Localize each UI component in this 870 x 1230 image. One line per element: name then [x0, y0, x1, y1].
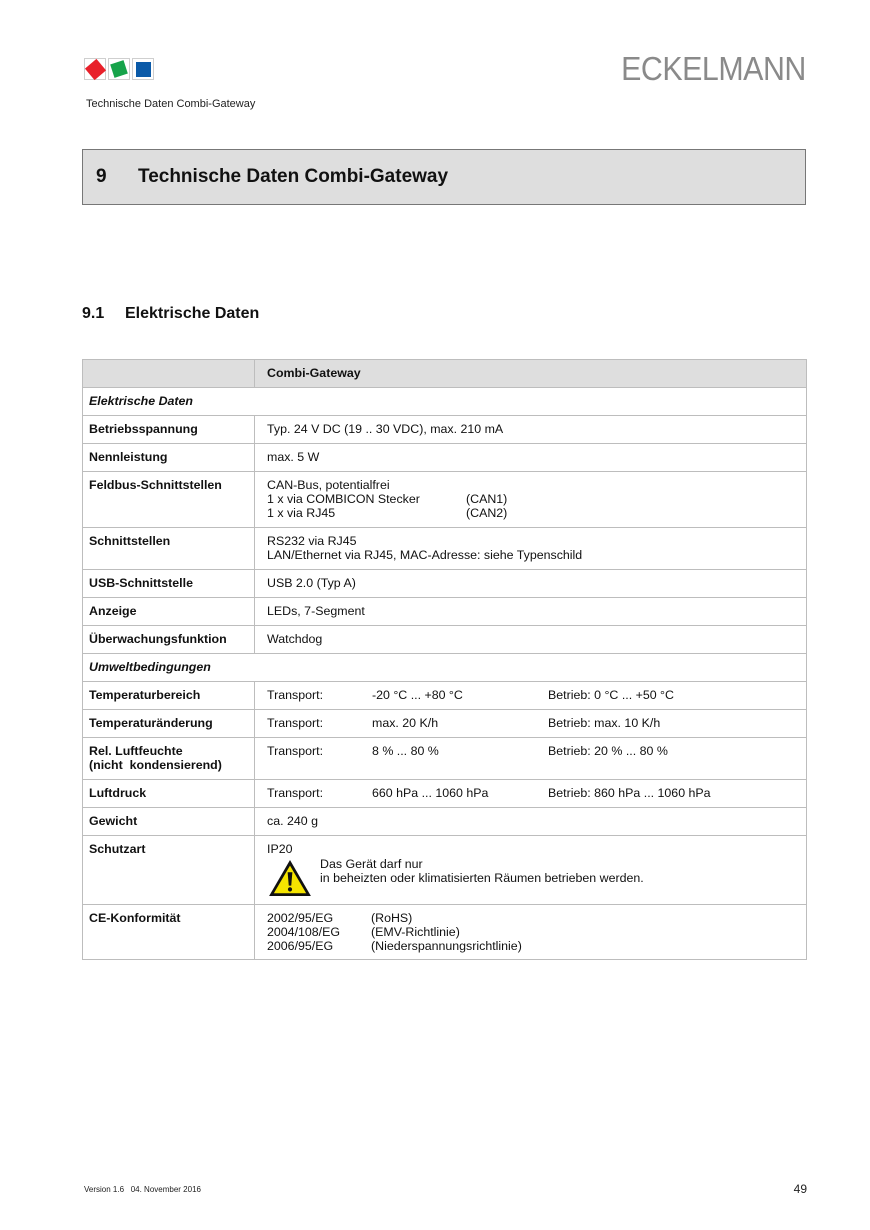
chapter-number: 9 — [96, 166, 138, 188]
directive-line: 2004/108/EG(EMV-Richtlinie) — [267, 925, 794, 939]
row-value: USB 2.0 (Typ A) — [255, 570, 807, 598]
page-number: 49 — [794, 1182, 807, 1196]
directive-line: 2002/95/EG(RoHS) — [267, 911, 794, 925]
transport-label: Transport: — [267, 688, 372, 702]
directive-desc: (EMV-Richtlinie) — [371, 925, 460, 939]
operation-value: Betrieb: 860 hPa ... 1060 hPa — [548, 786, 711, 800]
table-header-row: Combi-Gateway — [83, 360, 807, 388]
table-row: USB-Schnittstelle USB 2.0 (Typ A) — [83, 570, 807, 598]
table-row: Anzeige LEDs, 7-Segment — [83, 598, 807, 626]
interface-port: (CAN1) — [466, 492, 507, 506]
row-label: USB-Schnittstelle — [83, 570, 255, 598]
interface-port: (CAN2) — [466, 506, 507, 520]
chapter-heading: 9 Technische Daten Combi-Gateway — [82, 149, 806, 205]
directive-line: 2006/95/EG(Niederspannungsrichtlinie) — [267, 939, 794, 953]
logo-blue-square — [132, 58, 154, 80]
spec-table: Combi-Gateway Elektrische Daten Betriebs… — [82, 359, 807, 960]
row-label: Luftdruck — [83, 780, 255, 808]
row-label: Rel. Luftfeuchte (nicht kondensierend) — [83, 738, 255, 780]
operation-value: Betrieb: max. 10 K/h — [548, 716, 660, 730]
directive-desc: (Niederspannungsrichtlinie) — [371, 939, 522, 953]
row-value: Typ. 24 V DC (19 .. 30 VDC), max. 210 mA — [255, 416, 807, 444]
row-label: Betriebsspannung — [83, 416, 255, 444]
table-row: Schnittstellen RS232 via RJ45 LAN/Ethern… — [83, 528, 807, 570]
row-value: CAN-Bus, potentialfrei 1 x via COMBICON … — [255, 472, 807, 528]
value-line: 1 x via COMBICON Stecker(CAN1) — [267, 492, 794, 506]
logo-red-square — [84, 58, 106, 80]
warning-line: Das Gerät darf nur — [320, 857, 644, 871]
table-row: Rel. Luftfeuchte (nicht kondensierend) T… — [83, 738, 807, 780]
warning-line: in beheizten oder klimatisierten Räumen … — [320, 871, 644, 885]
value-line: 1 x via RJ45(CAN2) — [267, 506, 794, 520]
header-blank-cell — [83, 360, 255, 388]
row-value: max. 5 W — [255, 444, 807, 472]
transport-value: max. 20 K/h — [372, 716, 548, 730]
value-line: LAN/Ethernet via RJ45, MAC-Adresse: sieh… — [267, 548, 794, 562]
directive-code: 2004/108/EG — [267, 925, 371, 939]
warning-text: Das Gerät darf nur in beheizten oder kli… — [320, 857, 644, 885]
warning-triangle-icon — [267, 859, 313, 897]
row-value: RS232 via RJ45 LAN/Ethernet via RJ45, MA… — [255, 528, 807, 570]
row-label: Überwachungsfunktion — [83, 626, 255, 654]
transport-label: Transport: — [267, 786, 372, 800]
row-value: ca. 240 g — [255, 808, 807, 836]
group-label: Elektrische Daten — [83, 388, 807, 416]
row-label: Gewicht — [83, 808, 255, 836]
logo-green-square — [108, 58, 130, 80]
transport-value: 660 hPa ... 1060 hPa — [372, 786, 548, 800]
row-value: 2002/95/EG(RoHS) 2004/108/EG(EMV-Richtli… — [255, 905, 807, 960]
table-row: Temperaturbereich Transport:-20 °C ... +… — [83, 682, 807, 710]
footer-version: Version 1.6 04. November 2016 — [84, 1185, 201, 1194]
brand-wordmark: ECKELMANN — [621, 50, 806, 88]
row-value: Transport:max. 20 K/hBetrieb: max. 10 K/… — [255, 710, 807, 738]
table-row: Überwachungsfunktion Watchdog — [83, 626, 807, 654]
table-row: Luftdruck Transport:660 hPa ... 1060 hPa… — [83, 780, 807, 808]
section-title: Elektrische Daten — [125, 305, 259, 323]
row-label: Schutzart — [83, 836, 255, 905]
row-label: Temperaturänderung — [83, 710, 255, 738]
group-label: Umweltbedingungen — [83, 654, 807, 682]
operation-value: Betrieb: 20 % ... 80 % — [548, 744, 668, 758]
group-row-environment: Umweltbedingungen — [83, 654, 807, 682]
transport-label: Transport: — [267, 744, 372, 758]
eckelmann-logo-squares — [84, 58, 154, 80]
transport-value: -20 °C ... +80 °C — [372, 688, 548, 702]
table-row: Feldbus-Schnittstellen CAN-Bus, potentia… — [83, 472, 807, 528]
row-label: Nennleistung — [83, 444, 255, 472]
row-value: IP20 Das Gerät darf nur in beheizten ode… — [255, 836, 807, 905]
directive-code: 2006/95/EG — [267, 939, 371, 953]
row-label: Feldbus-Schnittstellen — [83, 472, 255, 528]
operation-value: Betrieb: 0 °C ... +50 °C — [548, 688, 674, 702]
table-row: Betriebsspannung Typ. 24 V DC (19 .. 30 … — [83, 416, 807, 444]
table-row: Schutzart IP20 Das Gerät darf nur in beh… — [83, 836, 807, 905]
interface-name: 1 x via RJ45 — [267, 506, 466, 520]
table-row: Gewicht ca. 240 g — [83, 808, 807, 836]
transport-label: Transport: — [267, 716, 372, 730]
row-value: Watchdog — [255, 626, 807, 654]
row-value: Transport:8 % ... 80 %Betrieb: 20 % ... … — [255, 738, 807, 780]
section-number: 9.1 — [82, 305, 125, 323]
table-row: Temperaturänderung Transport:max. 20 K/h… — [83, 710, 807, 738]
row-label: Temperaturbereich — [83, 682, 255, 710]
protection-class: IP20 — [267, 842, 794, 856]
row-value: LEDs, 7-Segment — [255, 598, 807, 626]
chapter-title: Technische Daten Combi-Gateway — [138, 166, 448, 188]
value-line: CAN-Bus, potentialfrei — [267, 478, 794, 492]
row-label: Schnittstellen — [83, 528, 255, 570]
row-value: Transport:-20 °C ... +80 °CBetrieb: 0 °C… — [255, 682, 807, 710]
group-row-electrical: Elektrische Daten — [83, 388, 807, 416]
transport-value: 8 % ... 80 % — [372, 744, 548, 758]
running-title: Technische Daten Combi-Gateway — [86, 98, 255, 110]
row-label: Anzeige — [83, 598, 255, 626]
label-line: Rel. Luftfeuchte — [89, 744, 242, 758]
warning-notice: Das Gerät darf nur in beheizten oder kli… — [267, 857, 794, 897]
table-row: Nennleistung max. 5 W — [83, 444, 807, 472]
directive-code: 2002/95/EG — [267, 911, 371, 925]
section-heading: 9.1 Elektrische Daten — [82, 305, 259, 323]
value-line: RS232 via RJ45 — [267, 534, 794, 548]
table-row: CE-Konformität 2002/95/EG(RoHS) 2004/108… — [83, 905, 807, 960]
directive-desc: (RoHS) — [371, 911, 412, 925]
label-line: (nicht kondensierend) — [89, 758, 242, 772]
interface-name: 1 x via COMBICON Stecker — [267, 492, 466, 506]
row-label: CE-Konformität — [83, 905, 255, 960]
column-header: Combi-Gateway — [255, 360, 807, 388]
row-value: Transport:660 hPa ... 1060 hPaBetrieb: 8… — [255, 780, 807, 808]
